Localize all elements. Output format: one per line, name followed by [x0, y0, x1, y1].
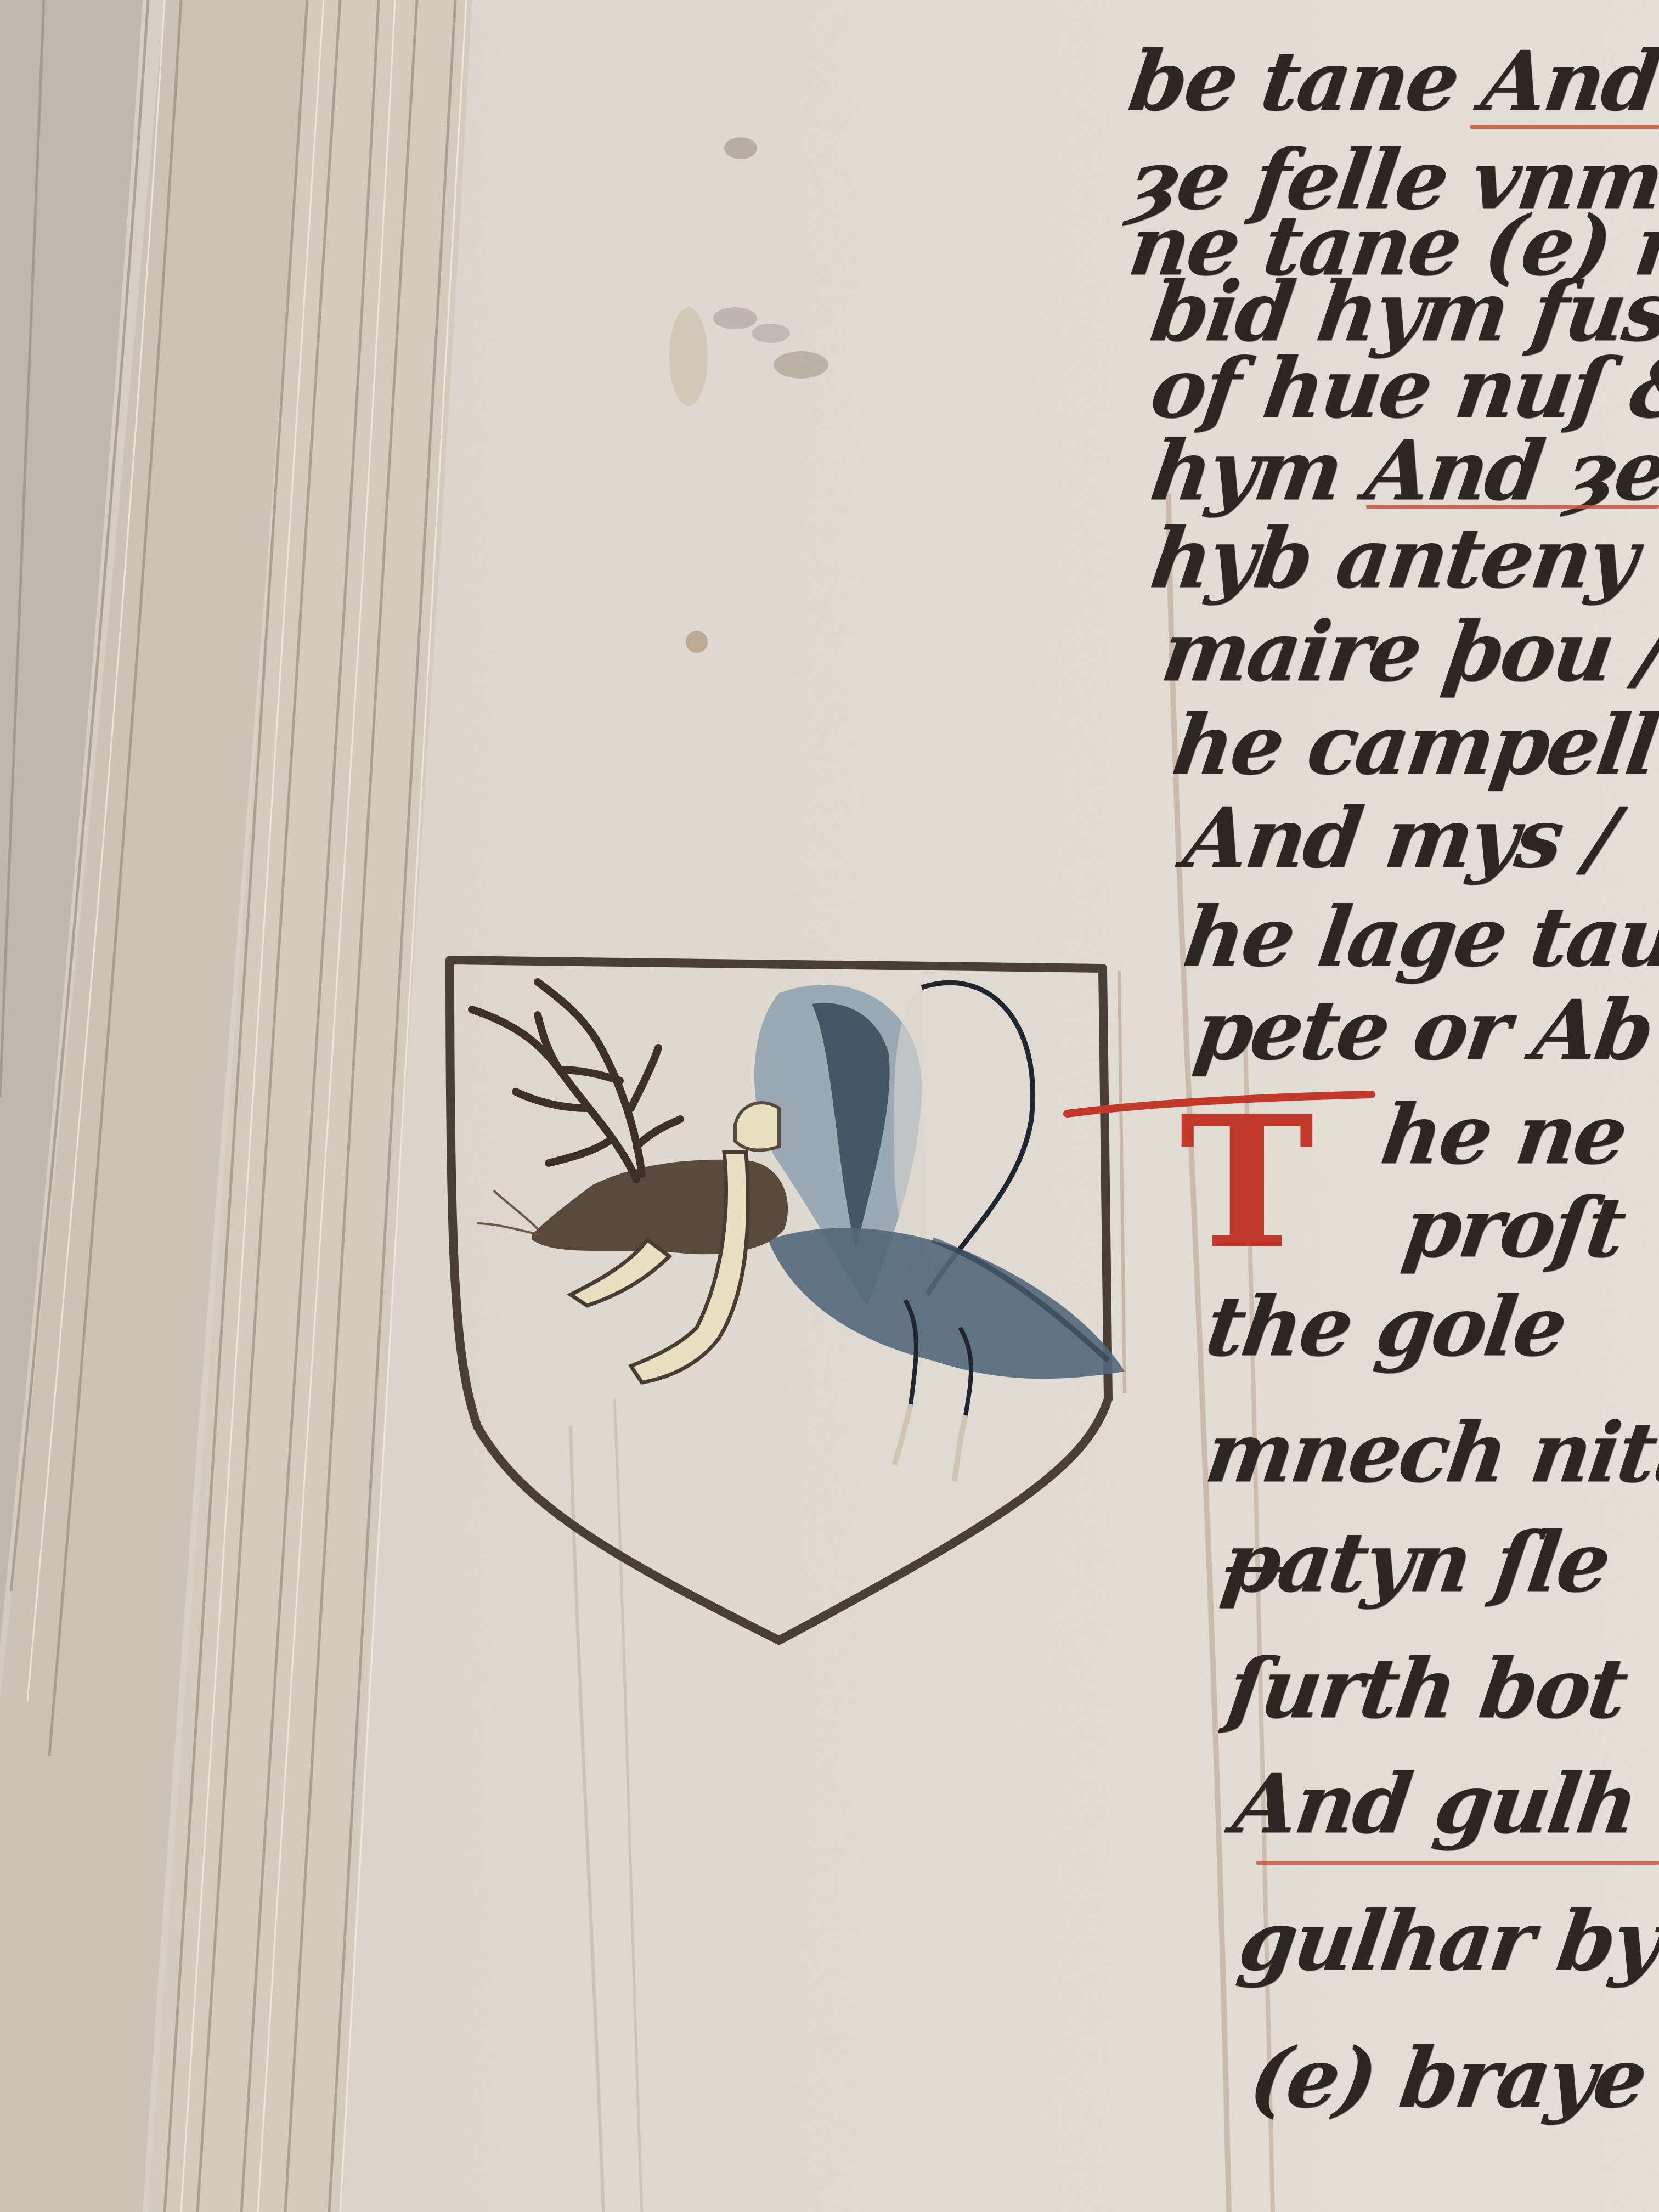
text-line: (e) braye — [1244, 2030, 1651, 2126]
stain-mark — [752, 324, 790, 343]
text-line: pete or Ab — [1189, 982, 1658, 1079]
text-line: he ne — [1376, 1086, 1632, 1183]
stain-mark — [686, 631, 708, 653]
stain-mark — [669, 307, 708, 406]
text-line: be tane And ȝo — [1124, 33, 1659, 129]
text-line: mnech nitte — [1200, 1404, 1659, 1501]
rubric-underline — [1366, 505, 1659, 509]
text-line: gulhar by — [1233, 1893, 1659, 1989]
text-line: ᵽatyn ſle — [1217, 1514, 1615, 1611]
rubric-underline — [1256, 1861, 1659, 1865]
text-line: the gole — [1200, 1278, 1571, 1375]
text-line: And gulh — [1228, 1756, 1642, 1852]
text-line: ſurth bot — [1222, 1640, 1632, 1737]
rubricated-initial: T — [1180, 1092, 1314, 1273]
text-line: he campell — [1167, 697, 1659, 793]
text-line: And mys / — [1178, 790, 1622, 887]
stain-mark — [724, 137, 757, 159]
heraldic-shield — [439, 944, 1141, 1657]
text-line: maire þou / — [1156, 603, 1659, 700]
page-stack-edge — [0, 0, 494, 2212]
stain-mark — [713, 307, 757, 329]
text-line: hyb anteny ( — [1145, 510, 1659, 607]
text-line: he lage tau — [1178, 889, 1659, 985]
wing-shape — [754, 983, 1125, 1379]
stain-mark — [774, 351, 828, 379]
rubric-underline — [1470, 125, 1659, 129]
manuscript-photo: T be tane And ȝo ȝe felle vnmib ne tane … — [0, 0, 1659, 2212]
text-line: proſt — [1398, 1180, 1630, 1276]
